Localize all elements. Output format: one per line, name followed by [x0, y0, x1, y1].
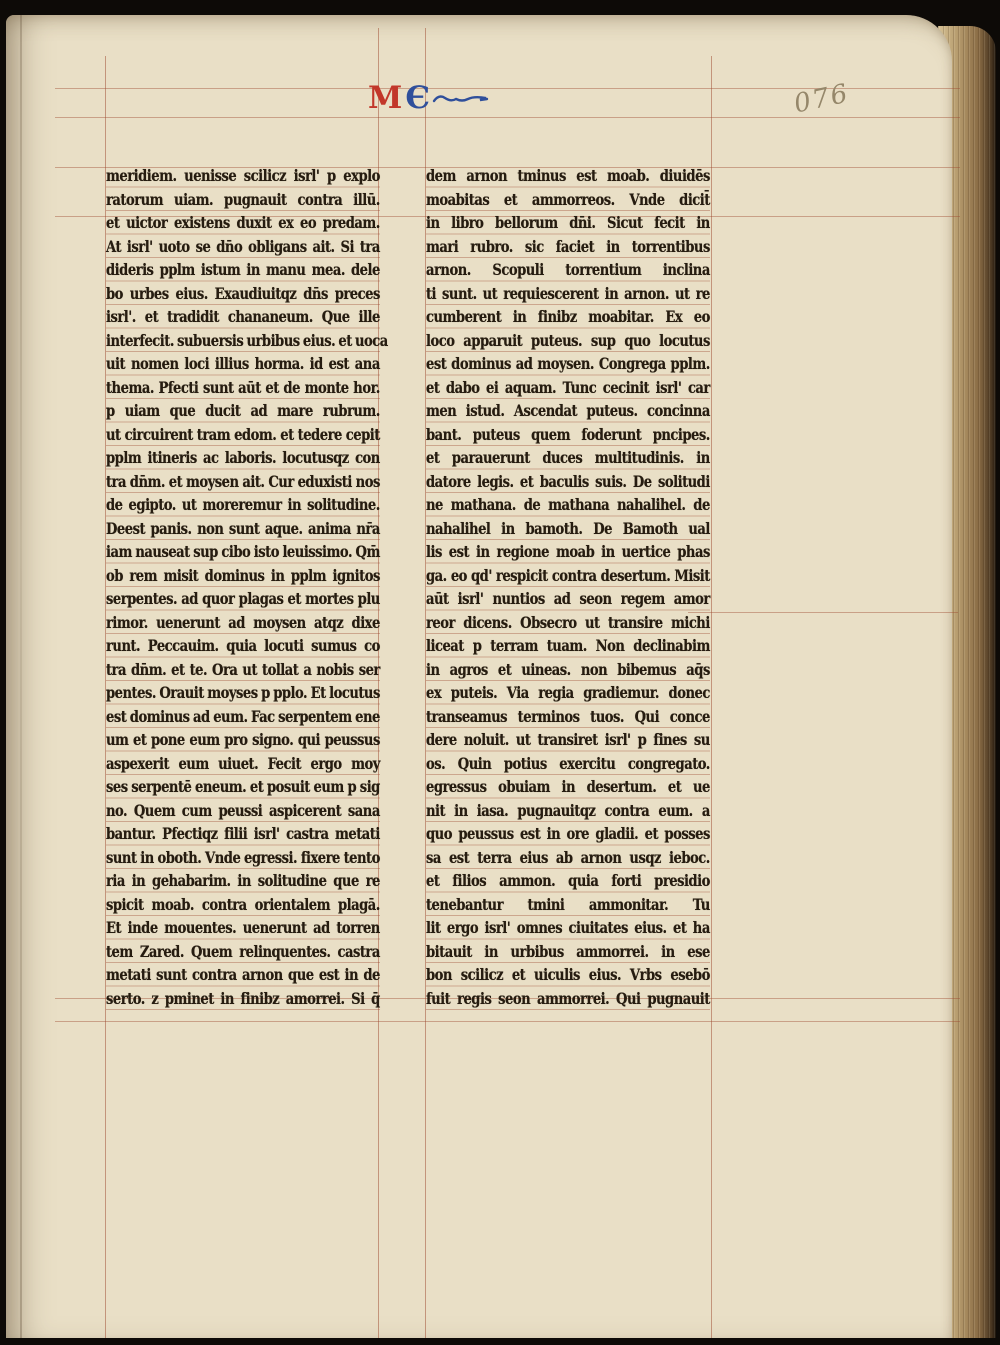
- manuscript-text-line: est dominus ad moysen. Congrega pplm.: [426, 352, 710, 376]
- manuscript-text-line: ob rem misit dominus in pplm ignitos: [106, 564, 380, 588]
- manuscript-text-line: pentes. Orauit moyses p pplo. Et locutus: [106, 681, 380, 705]
- manuscript-text-line: ses serpentē eneum. et posuit eum p sig: [106, 775, 380, 799]
- manuscript-text-line: bon scilicz et uiculis eius. Vrbs esebō: [426, 963, 710, 987]
- manuscript-text-line: ne mathana. de mathana nahalihel. de: [426, 493, 710, 517]
- manuscript-text-line: liceat p terram tuam. Non declinabim: [426, 634, 710, 658]
- manuscript-text-line: p uiam que ducit ad mare rubrum.: [106, 399, 380, 423]
- manuscript-text-line: et uictor existens duxit ex eo predam.: [106, 211, 380, 235]
- manuscript-text-line: bantur. Pfectiqz filii isrl' castra meta…: [106, 822, 380, 846]
- manuscript-text-line: ria in gehabarim. in solitudine que re: [106, 869, 380, 893]
- manuscript-text-line: Deest panis. non sunt aque. anima nr̄a: [106, 517, 380, 541]
- manuscript-text-line: os. Quin potius exercitu congregato.: [426, 752, 710, 776]
- manuscript-text-line: tra dn̄m. et moysen ait. Cur eduxisti no…: [106, 470, 380, 494]
- manuscript-text-line: isrl'. et tradidit chananeum. Que ille: [106, 305, 380, 329]
- manuscript-text-line: ut circuirent tram edom. et tedere cepit: [106, 423, 380, 447]
- manuscript-text-line: At isrl' uoto se dn̄o obligans ait. Si t…: [106, 235, 380, 259]
- manuscript-text-line: lis est in regione moab in uertice phas: [426, 540, 710, 564]
- manuscript-text-line: in libro bellorum dn̄i. Sicut fecit in: [426, 211, 710, 235]
- manuscript-text-line: et filios ammon. quia forti presidio: [426, 869, 710, 893]
- manuscript-text-line: ti sunt. ut requiescerent in arnon. ut r…: [426, 282, 710, 306]
- manuscript-text-line: cumberent in finibz moabitar. Ex eo: [426, 305, 710, 329]
- manuscript-text-line: bo urbes eius. Exaudiuitqz dn̄s preces: [106, 282, 380, 306]
- manuscript-text-line: ga. eo qd' respicit contra desertum. Mis…: [426, 564, 710, 588]
- manuscript-text-line: Et inde mouentes. uenerunt ad torren: [106, 916, 380, 940]
- manuscript-text-line: fuit regis seon ammorrei. Qui pugnauit: [426, 987, 710, 1011]
- manuscript-text-line: rimor. uenerunt ad moysen atqz dixe: [106, 611, 380, 635]
- manuscript-text-line: tenebantur tmini ammonitar. Tu: [426, 893, 710, 917]
- manuscript-text-line: lit ergo isrl' omnes ciuitates eius. et …: [426, 916, 710, 940]
- manuscript-text-line: reor dicens. Obsecro ut transire michi: [426, 611, 710, 635]
- photo-bottom-edge: [0, 1338, 1000, 1345]
- manuscript-text-line: in agros et uineas. non bibemus aq̄s: [426, 658, 710, 682]
- manuscript-text-line: nit in iasa. pugnauitqz contra eum. a: [426, 799, 710, 823]
- manuscript-text-line: datore legis. et baculis suis. De solitu…: [426, 470, 710, 494]
- manuscript-text-line: loco apparuit puteus. sup quo locutus: [426, 329, 710, 353]
- manuscript-text-line: meridiem. uenisse scilicz isrl' p explo: [106, 164, 380, 188]
- running-title: M Є: [368, 82, 490, 118]
- text-column-right: dem arnon tminus est moab. diuidēsmoabit…: [426, 164, 710, 1010]
- manuscript-text-line: serto. z pminet in finibz amorrei. Si q̄: [106, 987, 380, 1011]
- manuscript-text-line: egressus obuiam in desertum. et ue: [426, 775, 710, 799]
- manuscript-text-line: de egipto. ut moreremur in solitudine.: [106, 493, 380, 517]
- manuscript-text-line: um et pone eum pro signo. qui peussus: [106, 728, 380, 752]
- manuscript-text-line: no. Quem cum peussi aspicerent sana: [106, 799, 380, 823]
- manuscript-text-line: sa est terra eius ab arnon usqz ieboc.: [426, 846, 710, 870]
- manuscript-text-line: ratorum uiam. pugnauit contra illū.: [106, 188, 380, 212]
- manuscript-text-line: nahalihel in bamoth. De Bamoth ual: [426, 517, 710, 541]
- manuscript-text-line: iam nauseat sup cibo isto leuissimo. Qm̄: [106, 540, 380, 564]
- manuscript-text-line: moabitas et ammorreos. Vnde dicit̄: [426, 188, 710, 212]
- manuscript-text-line: et parauerunt duces multitudinis. in: [426, 446, 710, 470]
- manuscript-text-line: serpentes. ad quor plagas et mortes plu: [106, 587, 380, 611]
- manuscript-text-line: bant. puteus quem foderunt pncipes.: [426, 423, 710, 447]
- manuscript-text-line: transeamus terminos tuos. Qui conce: [426, 705, 710, 729]
- manuscript-text-line: interfecit. subuersis urbibus eius. et u…: [106, 329, 380, 353]
- manuscript-text-line: spicit moab. contra orientalem plagā.: [106, 893, 380, 917]
- manuscript-text-line: thema. Pfecti sunt aūt et de monte hor.: [106, 376, 380, 400]
- pen-flourish-icon: [432, 92, 490, 108]
- running-title-letter-e: Є: [405, 82, 430, 114]
- manuscript-text-line: aspexerit eum uiuet. Fecit ergo moy: [106, 752, 380, 776]
- manuscript-text-line: bitauit in urbibus ammorrei. in ese: [426, 940, 710, 964]
- manuscript-text-line: quo peussus est in ore gladii. et posses: [426, 822, 710, 846]
- manuscript-photo: M Є 076 meridiem. uenisse scilicz isrl' …: [0, 0, 1000, 1345]
- manuscript-text-line: uit nomen loci illius horma. id est ana: [106, 352, 380, 376]
- manuscript-text-line: mari rubro. sic faciet in torrentibus: [426, 235, 710, 259]
- manuscript-text-line: aūt isrl' nuntios ad seon regem amor: [426, 587, 710, 611]
- running-title-letter-m: M: [368, 82, 402, 114]
- manuscript-text-line: arnon. Scopuli torrentium inclina: [426, 258, 710, 282]
- manuscript-text-line: et dabo ei aquam. Tunc cecinit isrl' car: [426, 376, 710, 400]
- manuscript-text-line: sunt in oboth. Vnde egressi. fixere tent…: [106, 846, 380, 870]
- manuscript-text-line: ex puteis. Via regia gradiemur. donec: [426, 681, 710, 705]
- manuscript-text-line: tem Zared. Quem relinquentes. castra: [106, 940, 380, 964]
- manuscript-text-line: pplm itineris ac laboris. locutusqz con: [106, 446, 380, 470]
- gutter-crease: [20, 15, 22, 1341]
- manuscript-text-line: metati sunt contra arnon que est in de: [106, 963, 380, 987]
- text-column-left: meridiem. uenisse scilicz isrl' p explor…: [106, 164, 380, 1010]
- manuscript-text-line: men istud. Ascendat puteus. concinna: [426, 399, 710, 423]
- manuscript-text-line: runt. Peccauim. quia locuti sumus co: [106, 634, 380, 658]
- manuscript-text-line: dere noluit. ut transiret isrl' p fines …: [426, 728, 710, 752]
- manuscript-text-line: dideris pplm istum in manu mea. dele: [106, 258, 380, 282]
- manuscript-text-line: tra dn̄m. et te. Ora ut tollat a nobis s…: [106, 658, 380, 682]
- manuscript-text-line: est dominus ad eum. Fac serpentem ene: [106, 705, 380, 729]
- manuscript-text-line: dem arnon tminus est moab. diuidēs: [426, 164, 710, 188]
